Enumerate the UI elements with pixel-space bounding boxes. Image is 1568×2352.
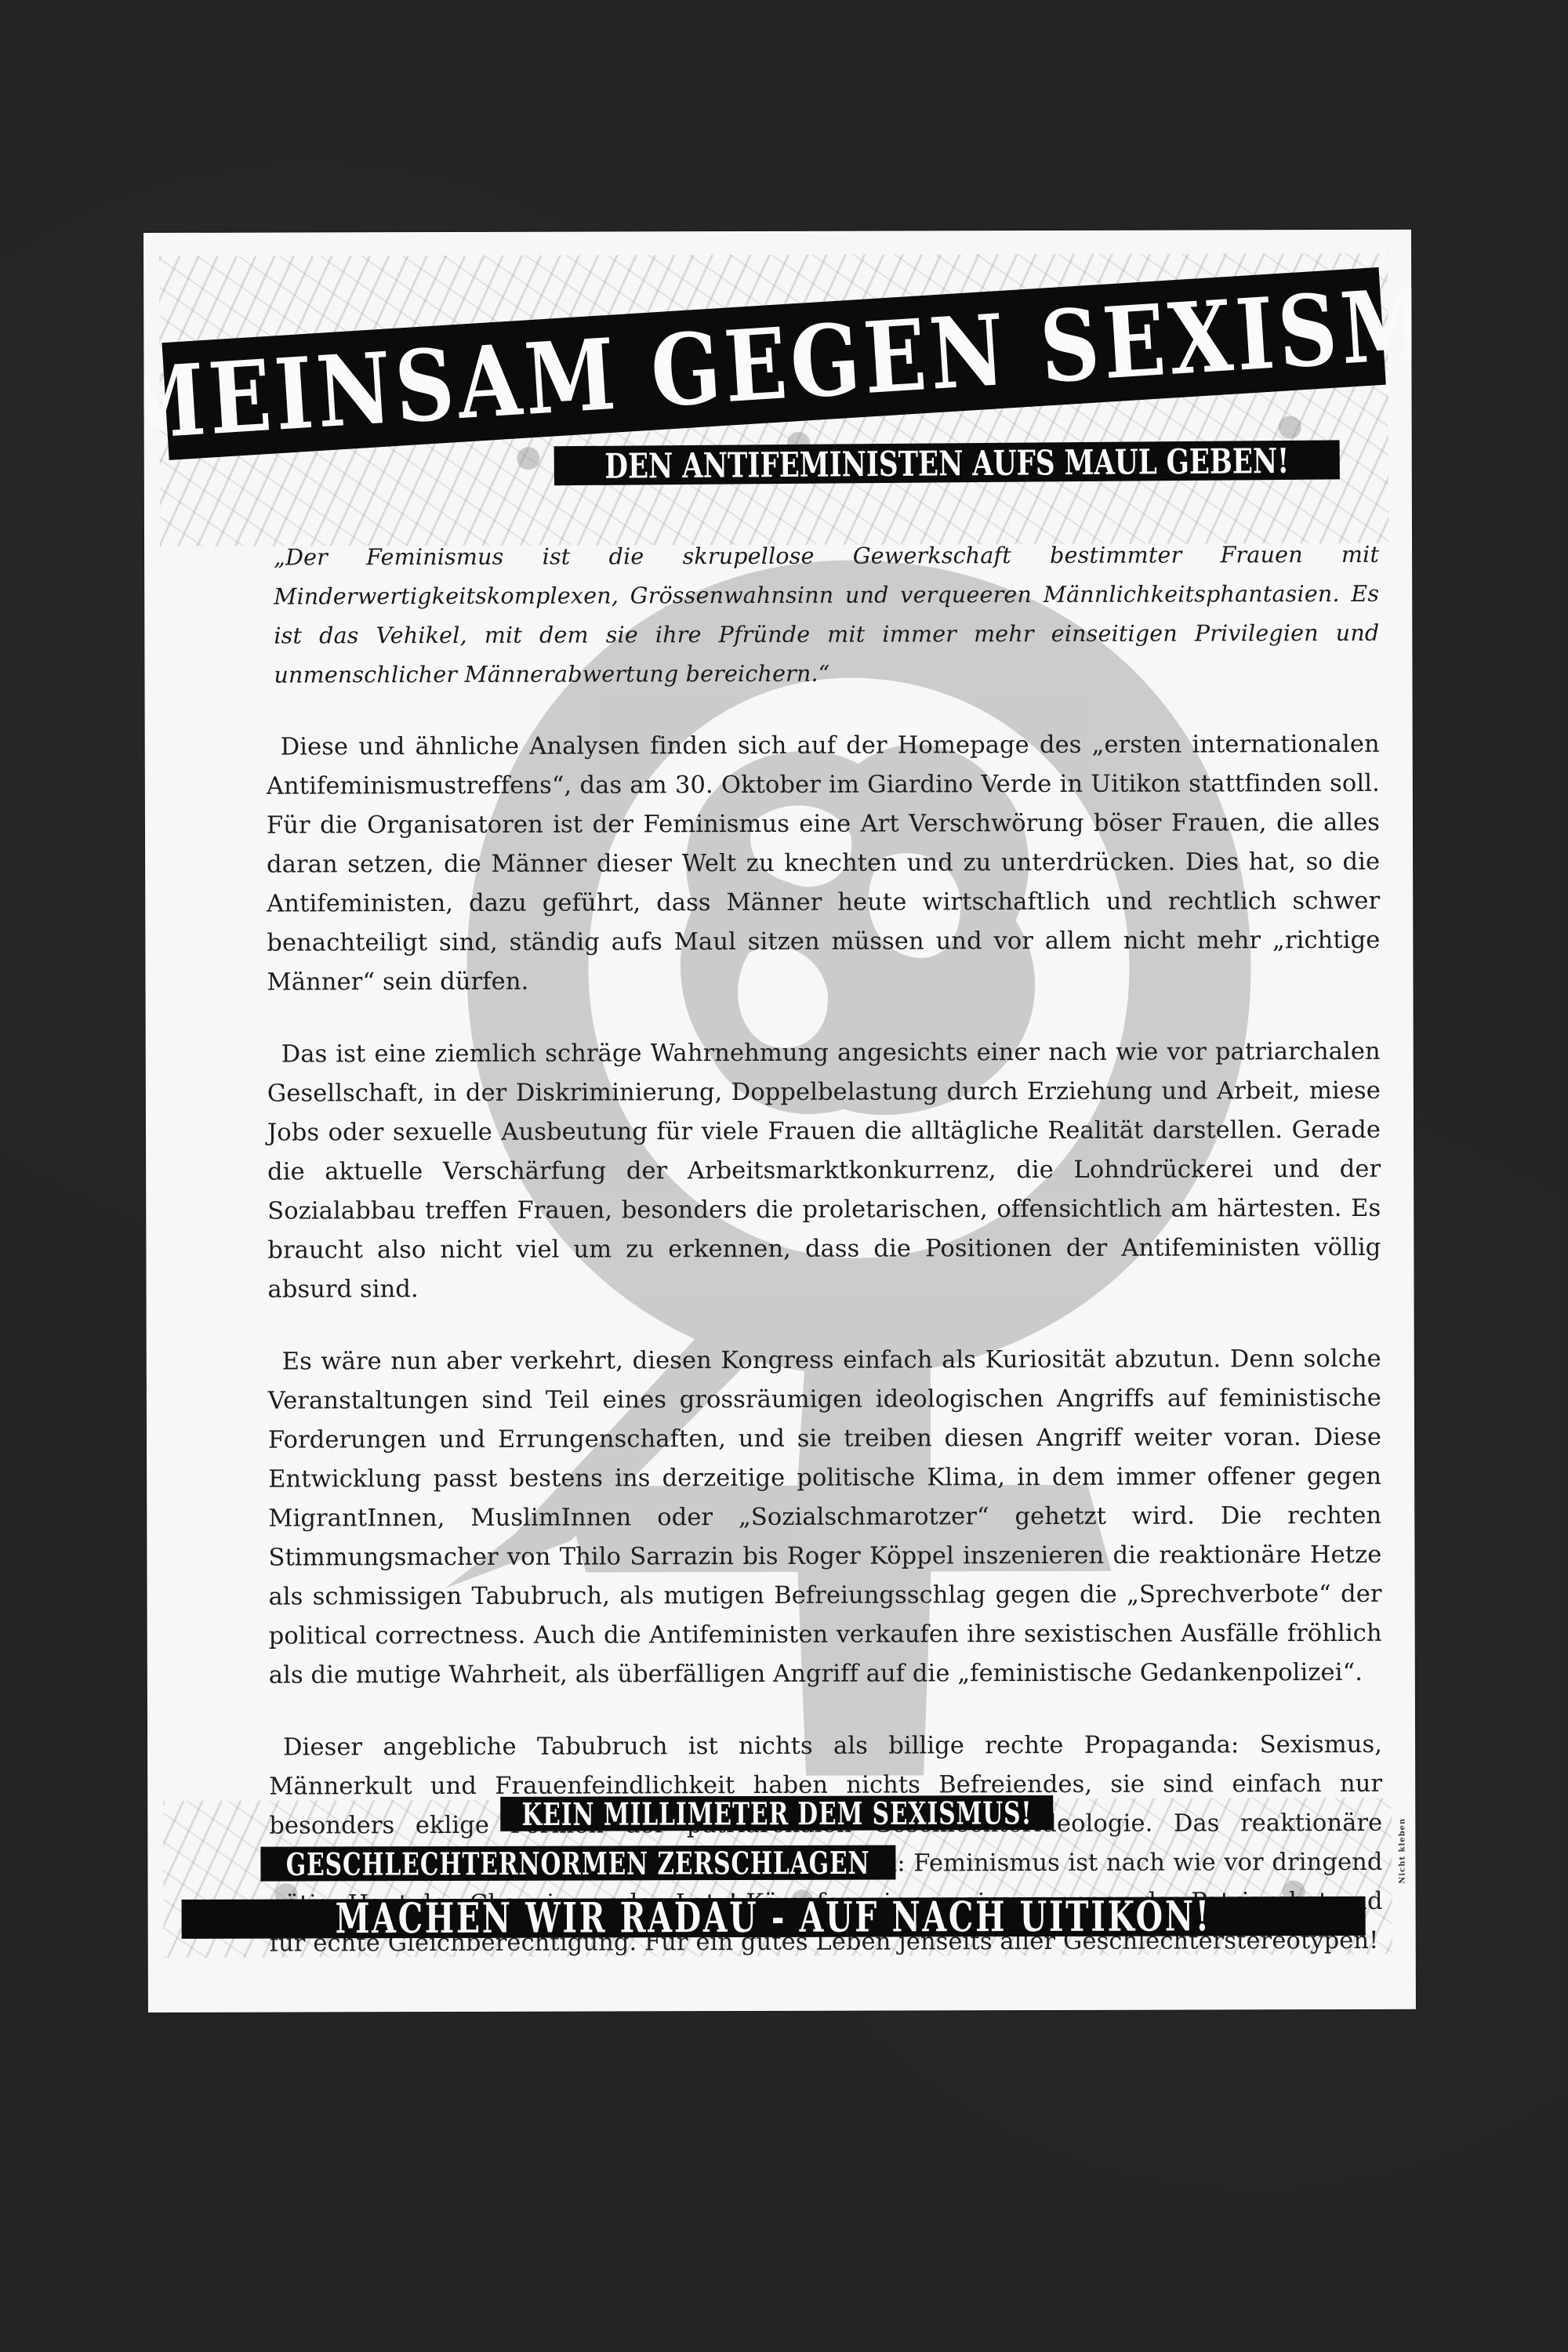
subheadline-banner: Den Antifeministen aufs Maul geben! [554,440,1340,485]
subheadline-text: Den Antifeministen aufs Maul geben! [604,440,1289,486]
slogan-text-1: Kein Millimeter dem Sexismus! [521,1795,1032,1833]
flyer-sheet: Gemeinsam gegen Sexismus Den Antifeminis… [143,230,1416,2013]
slogan-text-main: Machen wir Radau - auf nach Uitikon! [336,1893,1211,1943]
slogan-banner-main: Machen wir Radau - auf nach Uitikon! [182,1896,1366,1939]
do-not-paste-note: Nicht kleben [1398,1792,1414,1910]
opening-quote: „Der Feminismus ist die skrupellose Gewe… [266,535,1380,695]
article-body: „Der Feminismus ist die skrupellose Gewe… [266,535,1383,1997]
slogan-banner-1: Kein Millimeter dem Sexismus! [500,1795,1053,1831]
paragraph-3: Es wäre nun aber verkehrt, diesen Kongre… [268,1340,1382,1696]
paragraph-1: Diese und ähnliche Analysen finden sich … [267,725,1381,1003]
paragraph-2: Das ist eine ziemlich schräge Wahrnehmun… [267,1033,1381,1310]
slogan-banner-2: Geschlechternormen zerschlagen [260,1845,895,1881]
slogan-text-2: Geschlechternormen zerschlagen [286,1844,870,1882]
